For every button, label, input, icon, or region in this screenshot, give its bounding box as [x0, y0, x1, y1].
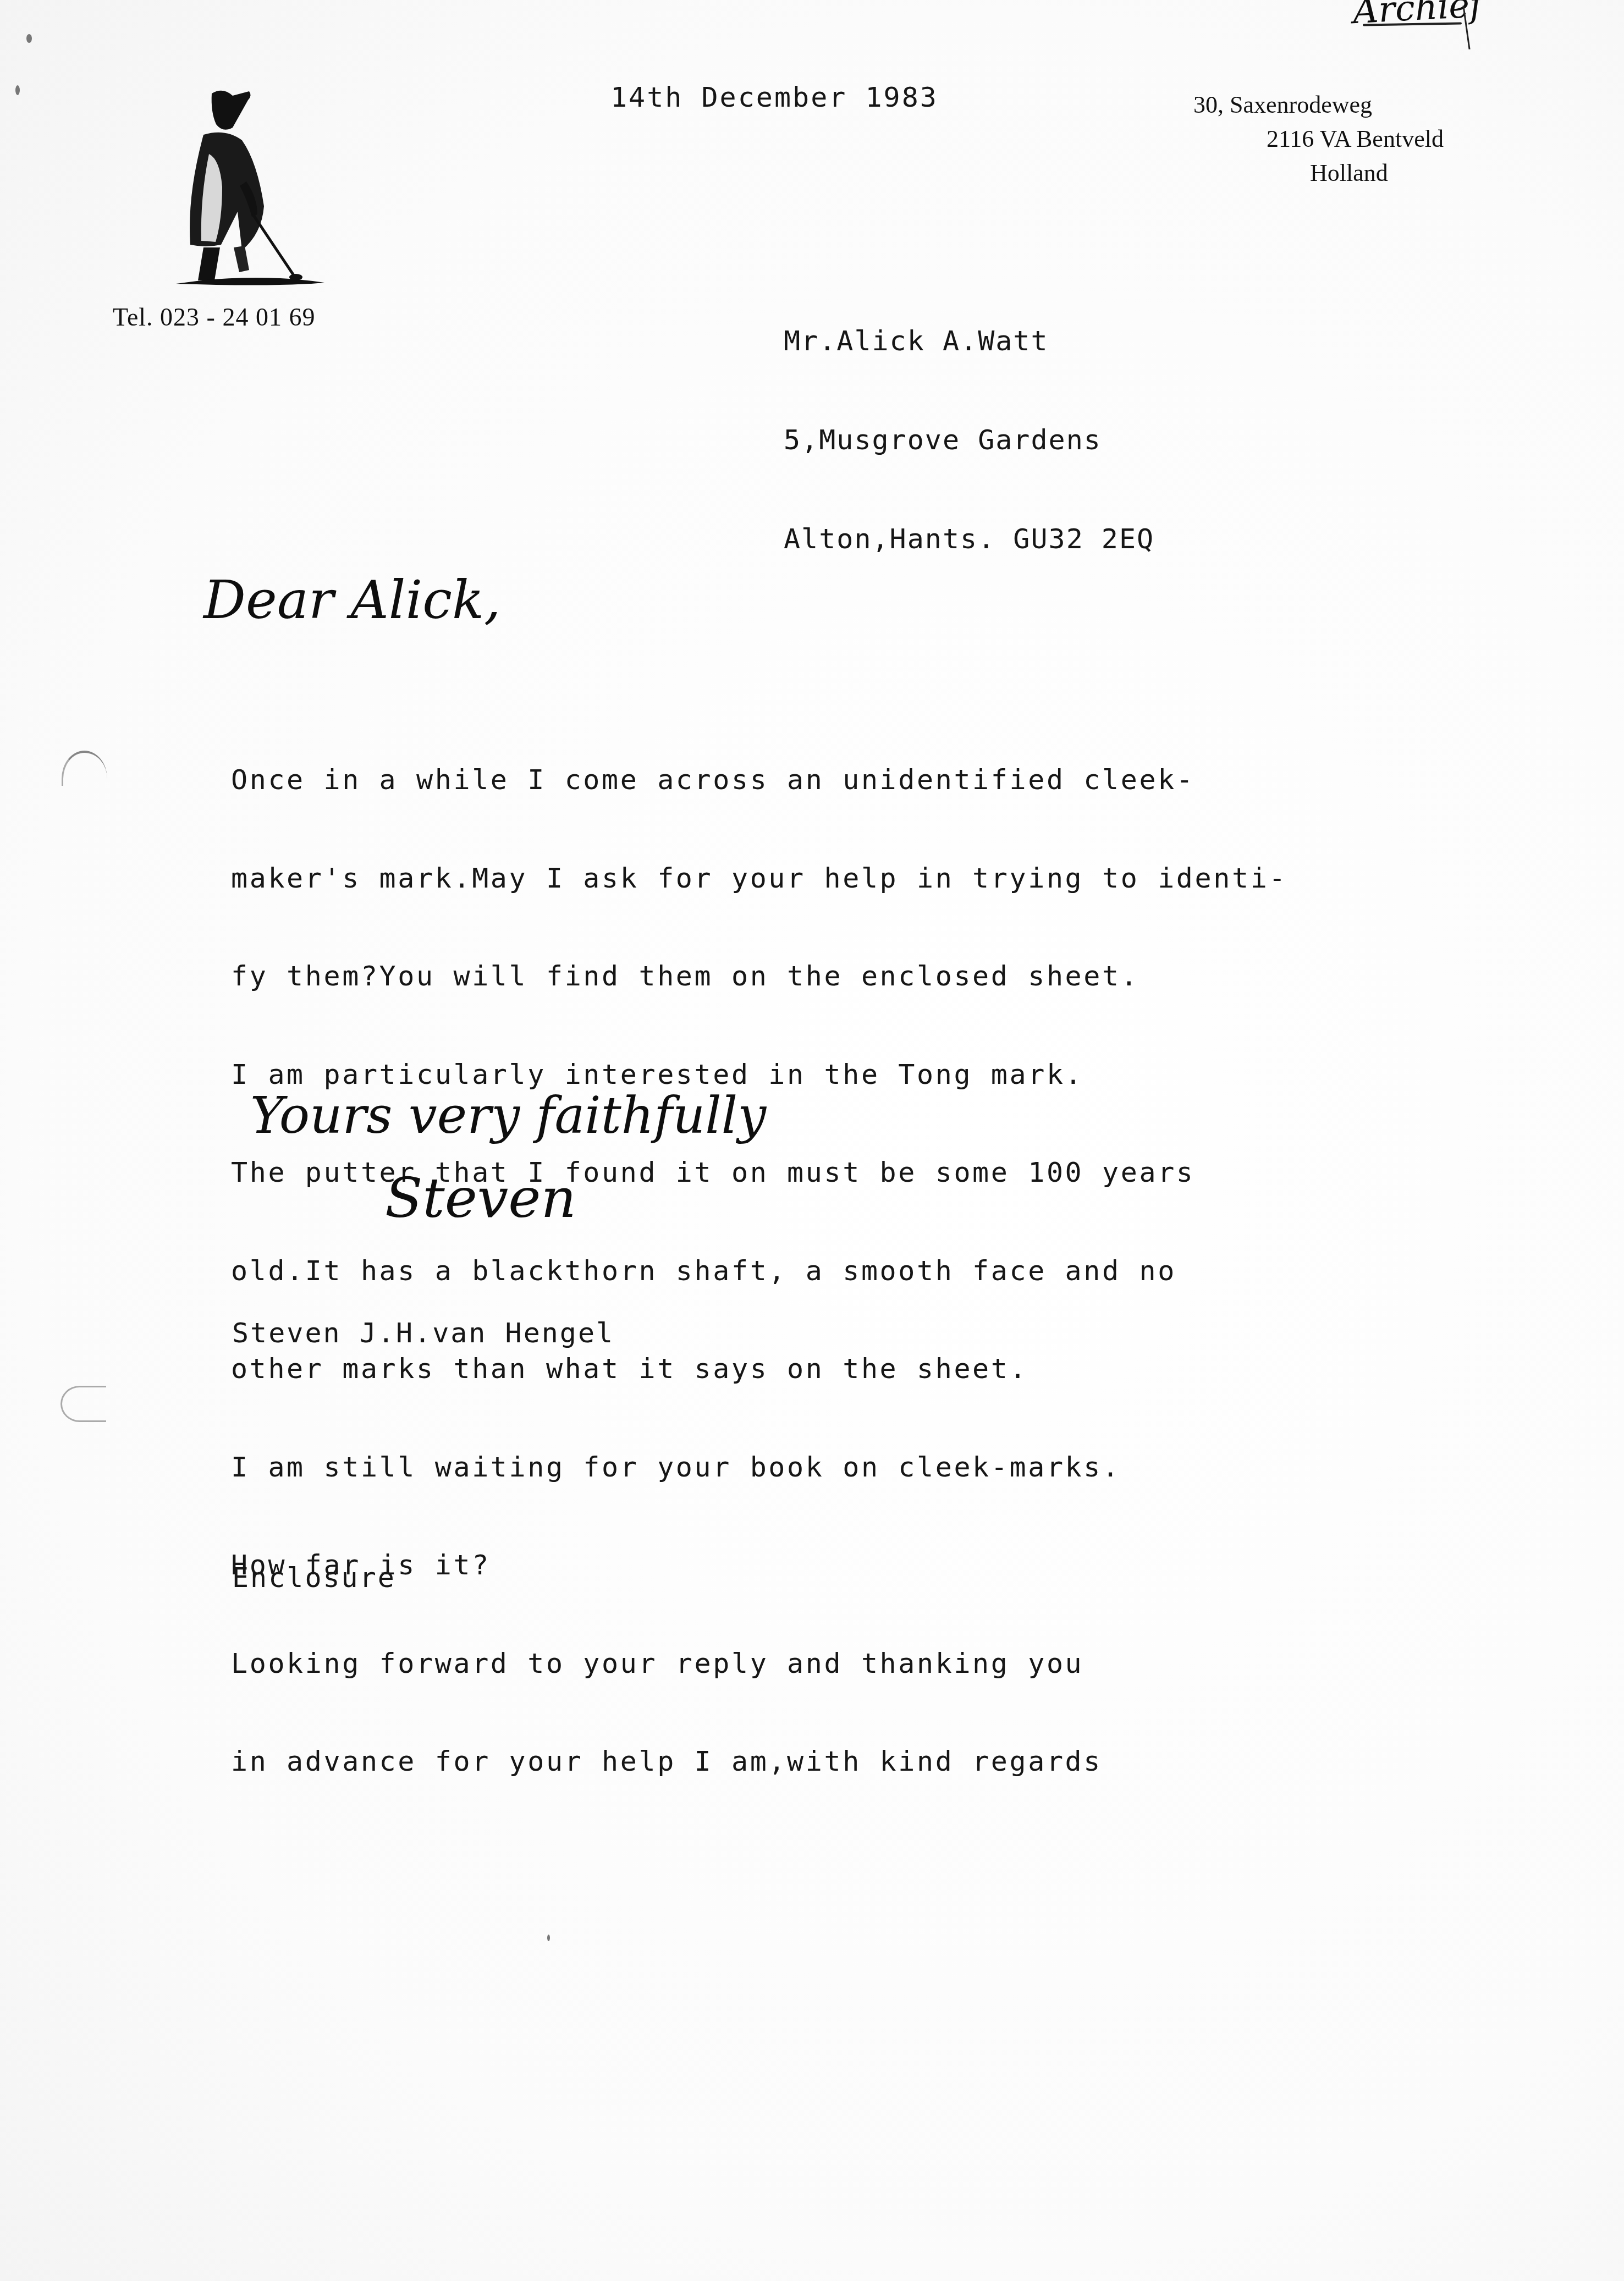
enclosure-note: Enclosure: [232, 1562, 396, 1594]
sender-address-country: Holland: [1310, 156, 1388, 190]
typed-signatory-name: Steven J.H.van Hengel: [232, 1317, 614, 1349]
body-line: Looking forward to your reply and thanki…: [231, 1648, 1287, 1681]
telephone-number: Tel. 023 - 24 01 69: [113, 302, 315, 332]
scan-speck: [26, 34, 32, 43]
punch-hole-mark: [62, 751, 107, 786]
letter-body: Once in a while I come across an unident…: [231, 698, 1287, 1844]
body-line: maker's mark.May I ask for your help in …: [231, 862, 1287, 895]
golfer-silhouette-icon: [121, 82, 335, 286]
recipient-city-postcode: Alton,Hants. GU32 2EQ: [784, 522, 1154, 555]
handwritten-closing: Yours very faithfully: [250, 1086, 766, 1145]
punch-hole-mark: [60, 1386, 106, 1422]
body-line: other marks than what it says on the she…: [231, 1353, 1287, 1386]
sender-address-postcode-city: 2116 VA Bentveld: [1267, 122, 1444, 156]
scan-speck: [547, 1935, 550, 1941]
body-line: Once in a while I come across an unident…: [231, 764, 1287, 797]
body-line: in advance for your help I am,with kind …: [231, 1745, 1287, 1778]
scan-speck: [15, 85, 20, 95]
body-line: old.It has a blackthorn shaft, a smooth …: [231, 1255, 1287, 1288]
recipient-address: Mr.Alick A.Watt 5,Musgrove Gardens Alton…: [784, 258, 1154, 621]
letter-date: 14th December 1983: [610, 81, 938, 113]
body-line: I am still waiting for your book on clee…: [231, 1451, 1287, 1484]
handwritten-signature: Steven: [385, 1166, 576, 1230]
body-line: fy them?You will find them on the enclos…: [231, 960, 1287, 993]
salutation: Dear Alick,: [203, 569, 501, 631]
letter-page: Archief Tel. 023 - 24 01 69 14th Decembe…: [0, 0, 1624, 2281]
recipient-name: Mr.Alick A.Watt: [784, 324, 1154, 357]
recipient-street: 5,Musgrove Gardens: [784, 423, 1154, 456]
sender-address-street: 30, Saxenrodeweg: [1193, 88, 1372, 122]
